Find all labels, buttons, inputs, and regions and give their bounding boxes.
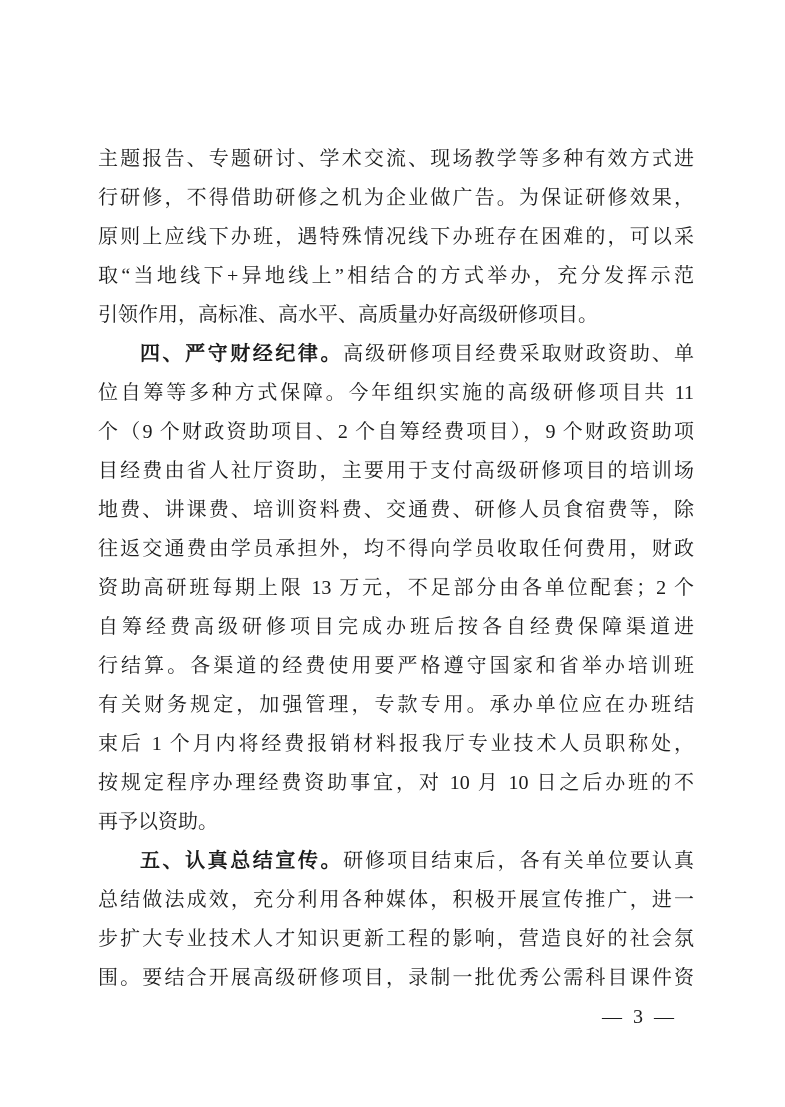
text-line: 束后 1 个月内将经费报销材料报我厅专业技术人员职称处，	[98, 725, 694, 764]
line-text: 目经费由省人社厅资助，主要用于支付高级研修项目的培训场	[98, 460, 694, 482]
text-line: 行结算。各渠道的经费使用要严格遵守国家和省举办培训班	[98, 647, 694, 686]
section-heading: 五、认真总结宣传。	[140, 850, 343, 872]
line-text: 引领作用，高标准、高水平、高质量办好高级研修项目。	[98, 304, 598, 326]
line-text: 地费、讲课费、培训资料费、交通费、研修人员食宿费等，除	[98, 499, 694, 521]
line-text: 高级研修项目经费采取财政资助、单	[343, 343, 694, 365]
section-heading: 四、严守财经纪律。	[140, 343, 343, 365]
text-line: 引领作用，高标准、高水平、高质量办好高级研修项目。	[98, 296, 694, 335]
line-text: 有关财务规定，加强管理，专款专用。承办单位应在办班结	[98, 694, 694, 716]
text-line: 按规定程序办理经费资助事宜，对 10 月 10 日之后办班的不	[98, 764, 694, 803]
line-text: 自筹经费高级研修项目完成办班后按各自经费保障渠道进	[98, 616, 694, 638]
document-body: 主题报告、专题研讨、学术交流、现场教学等多种有效方式进行研修，不得借助研修之机为…	[98, 140, 694, 998]
line-text: 行结算。各渠道的经费使用要严格遵守国家和省举办培训班	[98, 655, 694, 677]
text-line: 位自筹等多种方式保障。今年组织实施的高级研修项目共 11	[98, 374, 694, 413]
line-text: 往返交通费由学员承担外，均不得向学员收取任何费用，财政	[98, 538, 694, 560]
line-text: 研修项目结束后，各有关单位要认真	[343, 850, 694, 872]
line-text: 原则上应线下办班，遇特殊情况线下办班存在困难的，可以采	[98, 226, 694, 248]
line-text: 取“当地线下+异地线上”相结合的方式举办，充分发挥示范	[98, 265, 694, 287]
text-line: 四、严守财经纪律。高级研修项目经费采取财政资助、单	[98, 335, 694, 374]
text-line: 五、认真总结宣传。研修项目结束后，各有关单位要认真	[98, 842, 694, 881]
text-line: 总结做法成效，充分利用各种媒体，积极开展宣传推广，进一	[98, 881, 694, 920]
text-line: 再予以资助。	[98, 803, 694, 842]
line-text: 位自筹等多种方式保障。今年组织实施的高级研修项目共 11	[98, 382, 694, 404]
text-line: 原则上应线下办班，遇特殊情况线下办班存在困难的，可以采	[98, 218, 694, 257]
text-line: 目经费由省人社厅资助，主要用于支付高级研修项目的培训场	[98, 452, 694, 491]
text-line: 个（9 个财政资助项目、2 个自筹经费项目），9 个财政资助项	[98, 413, 694, 452]
text-line: 行研修，不得借助研修之机为企业做广告。为保证研修效果，	[98, 179, 694, 218]
text-line: 往返交通费由学员承担外，均不得向学员收取任何费用，财政	[98, 530, 694, 569]
text-line: 有关财务规定，加强管理，专款专用。承办单位应在办班结	[98, 686, 694, 725]
paragraph: 五、认真总结宣传。研修项目结束后，各有关单位要认真总结做法成效，充分利用各种媒体…	[98, 842, 694, 998]
line-text: 主题报告、专题研讨、学术交流、现场教学等多种有效方式进	[98, 148, 694, 170]
paragraph: 四、严守财经纪律。高级研修项目经费采取财政资助、单位自筹等多种方式保障。今年组织…	[98, 335, 694, 842]
document-page: 主题报告、专题研讨、学术交流、现场教学等多种有效方式进行研修，不得借助研修之机为…	[0, 0, 785, 1107]
text-line: 围。要结合开展高级研修项目，录制一批优秀公需科目课件资	[98, 959, 694, 998]
line-text: 行研修，不得借助研修之机为企业做广告。为保证研修效果，	[98, 187, 694, 209]
line-text: 资助高研班每期上限 13 万元，不足部分由各单位配套；2 个	[98, 577, 694, 599]
text-line: 自筹经费高级研修项目完成办班后按各自经费保障渠道进	[98, 608, 694, 647]
text-line: 地费、讲课费、培训资料费、交通费、研修人员食宿费等，除	[98, 491, 694, 530]
page-number: — 3 —	[602, 1006, 677, 1029]
text-line: 步扩大专业技术人才知识更新工程的影响，营造良好的社会氛	[98, 920, 694, 959]
paragraph: 主题报告、专题研讨、学术交流、现场教学等多种有效方式进行研修，不得借助研修之机为…	[98, 140, 694, 335]
line-text: 总结做法成效，充分利用各种媒体，积极开展宣传推广，进一	[98, 889, 694, 911]
line-text: 个（9 个财政资助项目、2 个自筹经费项目），9 个财政资助项	[98, 421, 694, 443]
line-text: 束后 1 个月内将经费报销材料报我厅专业技术人员职称处，	[98, 733, 694, 755]
line-text: 步扩大专业技术人才知识更新工程的影响，营造良好的社会氛	[98, 928, 694, 950]
line-text: 围。要结合开展高级研修项目，录制一批优秀公需科目课件资	[98, 967, 694, 989]
text-line: 取“当地线下+异地线上”相结合的方式举办，充分发挥示范	[98, 257, 694, 296]
text-line: 主题报告、专题研讨、学术交流、现场教学等多种有效方式进	[98, 140, 694, 179]
line-text: 再予以资助。	[98, 811, 218, 833]
line-text: 按规定程序办理经费资助事宜，对 10 月 10 日之后办班的不	[98, 772, 694, 794]
text-line: 资助高研班每期上限 13 万元，不足部分由各单位配套；2 个	[98, 569, 694, 608]
